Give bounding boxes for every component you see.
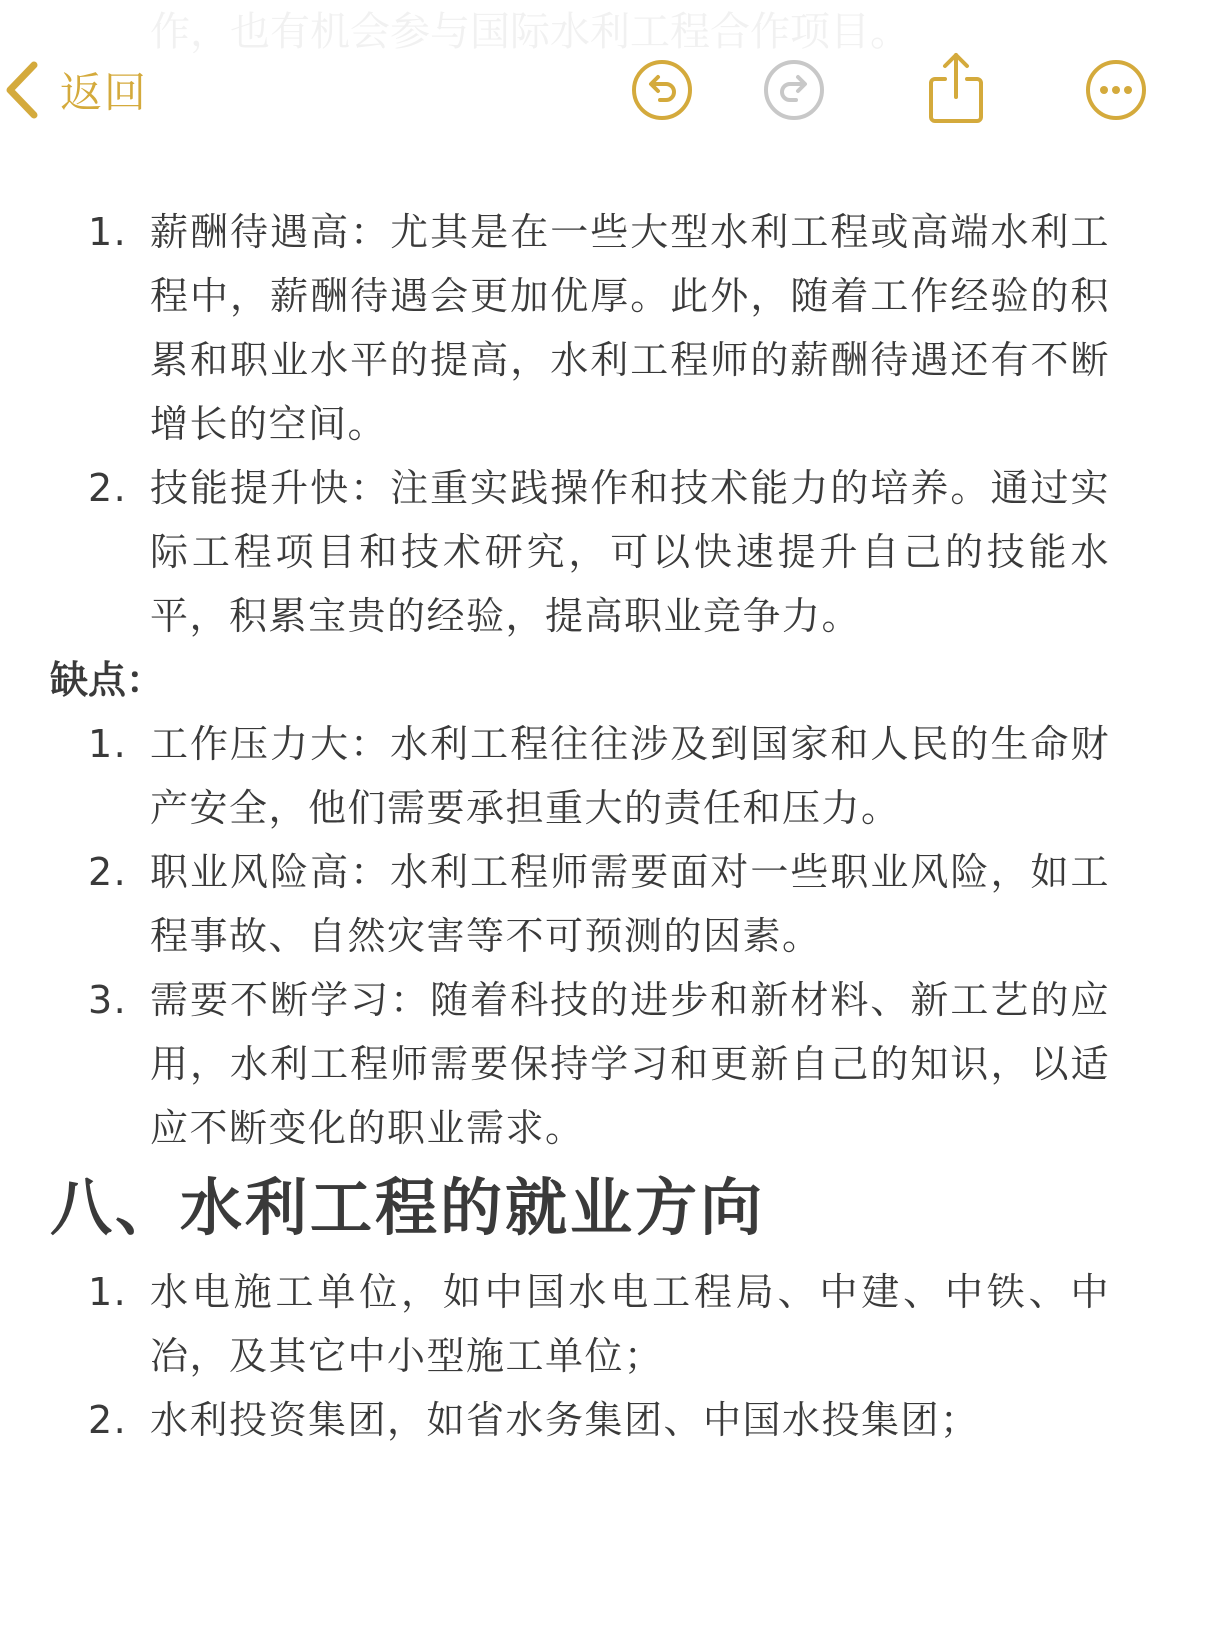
disadvantages-list: 1. 工作压力大：水利工程往往涉及到国家和人民的生命财产安全，他们需要承担重大的… bbox=[0, 712, 1220, 1160]
list-number: 1. bbox=[88, 712, 127, 776]
list-item-text: 职业风险高：水利工程师需要面对一些职业风险，如工程事故、自然灾害等不可预测的因素… bbox=[150, 850, 1110, 958]
list-number: 2. bbox=[88, 840, 127, 904]
list-number: 2. bbox=[88, 1388, 127, 1452]
list-item-text: 水电施工单位，如中国水电工程局、中建、中铁、中冶，及其它中小型施工单位； bbox=[150, 1270, 1110, 1378]
advantages-list: 1. 薪酬待遇高：尤其是在一些大型水利工程或高端水利工程中，薪酬待遇会更加优厚。… bbox=[0, 200, 1220, 648]
more-icon bbox=[1084, 58, 1148, 122]
note-body[interactable]: 1. 薪酬待遇高：尤其是在一些大型水利工程或高端水利工程中，薪酬待遇会更加优厚。… bbox=[0, 200, 1220, 1452]
list-item: 1. 工作压力大：水利工程往往涉及到国家和人民的生命财产安全，他们需要承担重大的… bbox=[0, 712, 1220, 840]
list-item-text: 需要不断学习：随着科技的进步和新材料、新工艺的应用，水利工程师需要保持学习和更新… bbox=[150, 978, 1110, 1150]
undo-icon bbox=[630, 58, 694, 122]
list-number: 2. bbox=[88, 456, 127, 520]
list-item: 3. 需要不断学习：随着科技的进步和新材料、新工艺的应用，水利工程师需要保持学习… bbox=[0, 968, 1220, 1160]
list-item: 1. 水电施工单位，如中国水电工程局、中建、中铁、中冶，及其它中小型施工单位； bbox=[0, 1260, 1220, 1388]
chevron-left-icon bbox=[4, 61, 38, 119]
list-item-text: 技能提升快：注重实践操作和技术能力的培养。通过实际工程项目和技术研究，可以快速提… bbox=[150, 466, 1110, 638]
back-label: 返回 bbox=[60, 60, 148, 120]
list-number: 1. bbox=[88, 1260, 127, 1324]
list-item: 2. 水利投资集团，如省水务集团、中国水投集团； bbox=[0, 1388, 1220, 1452]
undo-button[interactable] bbox=[628, 56, 696, 124]
list-item-text: 工作压力大：水利工程往往涉及到国家和人民的生命财产安全，他们需要承担重大的责任和… bbox=[150, 722, 1110, 830]
list-item: 1. 薪酬待遇高：尤其是在一些大型水利工程或高端水利工程中，薪酬待遇会更加优厚。… bbox=[0, 200, 1220, 456]
employment-list: 1. 水电施工单位，如中国水电工程局、中建、中铁、中冶，及其它中小型施工单位； … bbox=[0, 1260, 1220, 1452]
toolbar: 返回 bbox=[0, 50, 1220, 130]
back-button[interactable]: 返回 bbox=[4, 56, 148, 124]
list-number: 1. bbox=[88, 200, 127, 264]
redo-button[interactable] bbox=[760, 56, 828, 124]
list-item-text: 薪酬待遇高：尤其是在一些大型水利工程或高端水利工程中，薪酬待遇会更加优厚。此外，… bbox=[150, 210, 1110, 446]
disadvantages-label: 缺点： bbox=[0, 648, 1220, 712]
redo-icon bbox=[762, 58, 826, 122]
more-button[interactable] bbox=[1082, 56, 1150, 124]
share-button[interactable] bbox=[922, 50, 990, 126]
section-heading: 八、水利工程的就业方向 bbox=[0, 1160, 1220, 1256]
list-item-text: 水利投资集团，如省水务集团、中国水投集团； bbox=[150, 1398, 980, 1442]
list-item: 2. 职业风险高：水利工程师需要面对一些职业风险，如工程事故、自然灾害等不可预测… bbox=[0, 840, 1220, 968]
share-icon bbox=[925, 51, 987, 125]
list-number: 3. bbox=[88, 968, 127, 1032]
list-item: 2. 技能提升快：注重实践操作和技术能力的培养。通过实际工程项目和技术研究，可以… bbox=[0, 456, 1220, 648]
